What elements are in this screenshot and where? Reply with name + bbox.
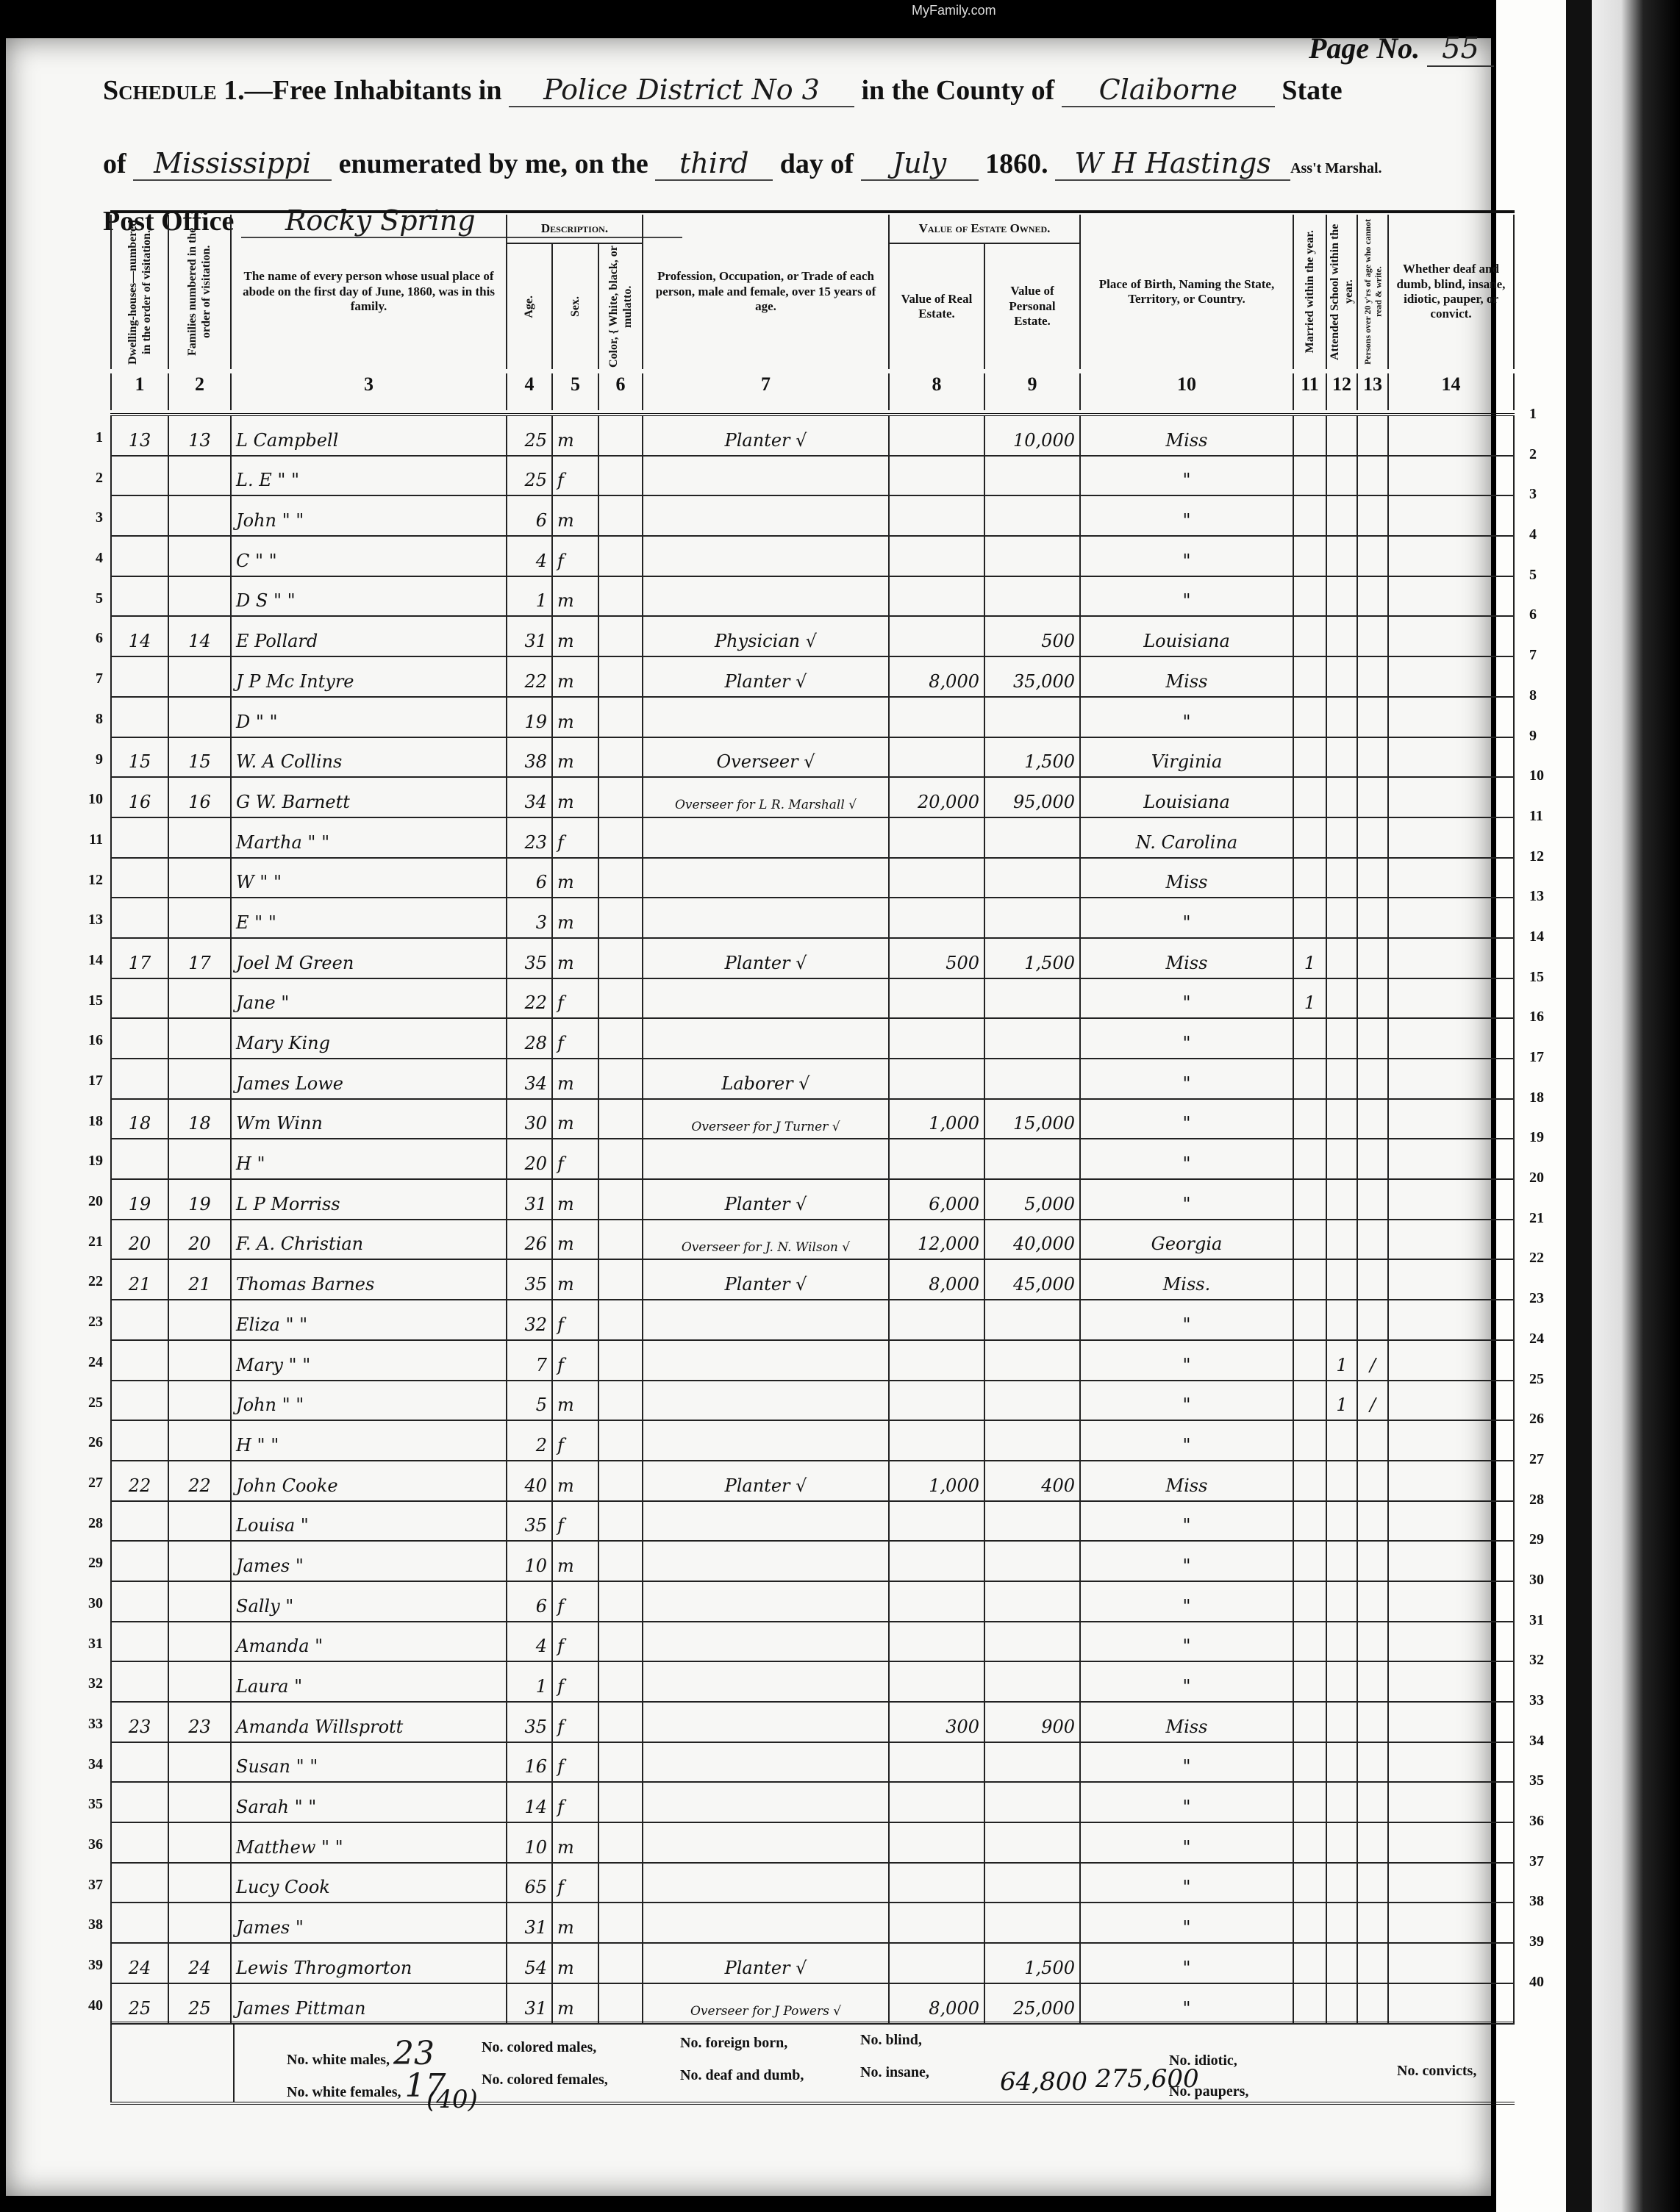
cell-birthplace: " — [1081, 1019, 1294, 1058]
real-estate-total: 64,800 — [1000, 2067, 1087, 2097]
cell-name: W. A Collins — [232, 738, 507, 777]
cell-name: W " " — [232, 859, 507, 898]
cell-sex: m — [553, 1903, 599, 1942]
cell-family — [169, 537, 232, 576]
cell-dwelling — [110, 1783, 169, 1822]
cell-real-estate: 12,000 — [890, 1220, 985, 1259]
cell-occupation — [643, 979, 890, 1018]
col-header-condition: Whether deaf and dumb, blind, insane, id… — [1389, 215, 1515, 369]
right-margin-line-number: 37 — [1529, 1853, 1544, 1870]
cell-dwelling: 19 — [110, 1180, 169, 1219]
cell-condition — [1389, 778, 1515, 817]
cell-occupation: Planter √ — [643, 1461, 890, 1500]
table-row: 36Matthew " "10m"36 — [110, 1823, 1515, 1864]
cell-family: 13 — [169, 416, 232, 455]
col-header-occupation: Profession, Occupation, or Trade of each… — [643, 215, 890, 369]
cell-school — [1327, 617, 1358, 656]
cell-birthplace: " — [1081, 496, 1294, 535]
cell-real-estate — [890, 496, 985, 535]
cell-color — [599, 1502, 643, 1541]
right-margin-line-number: 8 — [1529, 687, 1537, 704]
cell-dwelling — [110, 457, 169, 495]
cell-age: 7 — [507, 1341, 553, 1380]
cell-sex: f — [553, 1864, 599, 1903]
right-margin-line-number: 35 — [1529, 1772, 1544, 1789]
cell-dwelling — [110, 1139, 169, 1178]
cell-dwelling — [110, 1059, 169, 1098]
cell-sex: m — [553, 1461, 599, 1500]
cell-occupation — [643, 1139, 890, 1178]
cell-sex: m — [553, 738, 599, 777]
cell-school — [1327, 1139, 1358, 1178]
cell-personal-estate — [985, 1421, 1081, 1460]
line-number: 9 — [81, 751, 103, 768]
cell-family: 21 — [169, 1260, 232, 1299]
cell-birthplace: " — [1081, 1622, 1294, 1661]
cell-condition — [1389, 1300, 1515, 1339]
cell-married — [1294, 1662, 1327, 1701]
col-header-real-estate: Value of Real Estate. — [890, 244, 985, 369]
cell-dwelling — [110, 1542, 169, 1581]
cell-personal-estate: 500 — [985, 617, 1081, 656]
cell-occupation: Planter √ — [643, 1180, 890, 1219]
table-row: 11Martha " "23fN. Carolina11 — [110, 818, 1515, 859]
cell-school — [1327, 577, 1358, 616]
cell-dwelling — [110, 1502, 169, 1541]
cell-occupation — [643, 537, 890, 576]
cell-married — [1294, 818, 1327, 857]
cell-family — [169, 859, 232, 898]
cell-illiterate: / — [1358, 1341, 1389, 1380]
cell-name: L P Morriss — [232, 1180, 507, 1219]
cell-illiterate — [1358, 416, 1389, 455]
cell-married — [1294, 1461, 1327, 1500]
right-margin-line-number: 18 — [1529, 1089, 1544, 1106]
cell-personal-estate — [985, 1300, 1081, 1339]
cell-birthplace: " — [1081, 1059, 1294, 1098]
cell-birthplace: Louisiana — [1081, 617, 1294, 656]
cell-school — [1327, 416, 1358, 455]
cell-color — [599, 1260, 643, 1299]
cell-occupation: Overseer for L R. Marshall √ — [643, 778, 890, 817]
cell-real-estate — [890, 1059, 985, 1098]
cell-family — [169, 1542, 232, 1581]
cell-condition — [1389, 939, 1515, 978]
cell-color — [599, 1903, 643, 1942]
cell-condition — [1389, 1582, 1515, 1621]
cell-school — [1327, 1180, 1358, 1219]
cell-age: 6 — [507, 859, 553, 898]
cell-name: Joel M Green — [232, 939, 507, 978]
table-row: 25John " "5m"1/25 — [110, 1381, 1515, 1422]
cell-sex: m — [553, 939, 599, 978]
cell-real-estate — [890, 818, 985, 857]
line-number: 33 — [81, 1716, 103, 1733]
cell-occupation: Planter √ — [643, 939, 890, 978]
cell-age: 2 — [507, 1421, 553, 1460]
cell-occupation: Overseer for J Turner √ — [643, 1100, 890, 1139]
col-num-11: 11 — [1294, 373, 1327, 410]
line-number: 21 — [81, 1234, 103, 1250]
cell-married — [1294, 1180, 1327, 1219]
cell-sex: f — [553, 1662, 599, 1701]
idiotic-label: No. idiotic, — [1169, 2052, 1237, 2069]
cell-name: Lucy Cook — [232, 1864, 507, 1903]
cell-illiterate — [1358, 1180, 1389, 1219]
cell-illiterate — [1358, 898, 1389, 937]
right-margin-line-number: 39 — [1529, 1933, 1544, 1950]
cell-age: 31 — [507, 1903, 553, 1942]
line-number: 30 — [81, 1595, 103, 1612]
cell-sex: f — [553, 1783, 599, 1822]
cell-personal-estate — [985, 496, 1081, 535]
cell-birthplace: " — [1081, 1864, 1294, 1903]
cell-occupation: Physician √ — [643, 617, 890, 656]
right-margin-line-number: 6 — [1529, 606, 1537, 623]
cell-school — [1327, 1260, 1358, 1299]
right-margin-line-number: 26 — [1529, 1411, 1544, 1428]
cell-personal-estate — [985, 1783, 1081, 1822]
cell-sex: f — [553, 979, 599, 1018]
cell-sex: f — [553, 1582, 599, 1621]
table-row: 23Eliza " "32f"23 — [110, 1300, 1515, 1341]
cell-illiterate — [1358, 1783, 1389, 1822]
cell-age: 31 — [507, 1984, 553, 2023]
cell-color — [599, 1461, 643, 1500]
cell-dwelling — [110, 1381, 169, 1420]
cell-color — [599, 1139, 643, 1178]
cell-color — [599, 496, 643, 535]
line-number: 23 — [81, 1314, 103, 1331]
cell-married — [1294, 1220, 1327, 1259]
district-field: Police District No 3 — [509, 74, 854, 107]
cell-dwelling — [110, 898, 169, 937]
cell-birthplace: Louisiana — [1081, 778, 1294, 817]
cell-dwelling — [110, 859, 169, 898]
cell-married — [1294, 1903, 1327, 1942]
cell-occupation — [643, 577, 890, 616]
cell-family — [169, 457, 232, 495]
cell-condition — [1389, 617, 1515, 656]
cell-name: Wm Winn — [232, 1100, 507, 1139]
right-margin-line-number: 25 — [1529, 1371, 1544, 1388]
cell-married — [1294, 1341, 1327, 1380]
cell-color — [599, 457, 643, 495]
cell-married — [1294, 1139, 1327, 1178]
cell-name: James " — [232, 1542, 507, 1581]
cell-birthplace: Miss. — [1081, 1260, 1294, 1299]
cell-birthplace: " — [1081, 1100, 1294, 1139]
cell-married — [1294, 1542, 1327, 1581]
cell-color — [599, 1220, 643, 1259]
cell-real-estate — [890, 1582, 985, 1621]
cell-occupation — [643, 1703, 890, 1742]
cell-illiterate — [1358, 738, 1389, 777]
watermark: MyFamily.com — [912, 3, 996, 18]
cell-sex: m — [553, 416, 599, 455]
cell-dwelling: 22 — [110, 1461, 169, 1500]
cell-name: Mary " " — [232, 1341, 507, 1380]
cell-occupation — [643, 1502, 890, 1541]
cell-condition — [1389, 698, 1515, 737]
cell-condition — [1389, 657, 1515, 696]
header-line-1: Schedule 1.—Free Inhabitants in Police D… — [103, 74, 1343, 107]
cell-married — [1294, 1502, 1327, 1541]
cell-name: Mary King — [232, 1019, 507, 1058]
cell-color — [599, 1341, 643, 1380]
cell-married — [1294, 1019, 1327, 1058]
cell-occupation — [643, 818, 890, 857]
cell-age: 34 — [507, 1059, 553, 1098]
right-margin-line-number: 27 — [1529, 1451, 1544, 1468]
marshal-signature: W H Hastings — [1055, 147, 1290, 181]
cell-age: 25 — [507, 457, 553, 495]
cell-condition — [1389, 1260, 1515, 1299]
cell-married: 1 — [1294, 979, 1327, 1018]
table-row: 7J P Mc Intyre22mPlanter √8,00035,000Mis… — [110, 657, 1515, 698]
col-header-birthplace: Place of Birth, Naming the State, Territ… — [1081, 215, 1294, 369]
table-row: 61414E Pollard31mPhysician √500Louisiana… — [110, 617, 1515, 657]
cell-personal-estate — [985, 698, 1081, 737]
cell-condition — [1389, 1662, 1515, 1701]
page-number-value: 55 — [1427, 32, 1494, 67]
cell-personal-estate — [985, 979, 1081, 1018]
cell-name: E " " — [232, 898, 507, 937]
line-number: 19 — [81, 1153, 103, 1170]
cell-personal-estate: 40,000 — [985, 1220, 1081, 1259]
cell-condition — [1389, 537, 1515, 576]
cell-illiterate — [1358, 1100, 1389, 1139]
line-number: 15 — [81, 992, 103, 1009]
col-header-illiterate: Persons over 20 y'rs of age who cannot r… — [1358, 215, 1389, 369]
cell-real-estate — [890, 1300, 985, 1339]
cell-illiterate — [1358, 1542, 1389, 1581]
line-number: 31 — [81, 1636, 103, 1653]
cell-school — [1327, 1903, 1358, 1942]
cell-married — [1294, 416, 1327, 455]
cell-family — [169, 1783, 232, 1822]
cell-personal-estate — [985, 1381, 1081, 1420]
col-num-5: 5 — [553, 373, 599, 410]
cell-real-estate — [890, 1502, 985, 1541]
cell-age: 6 — [507, 496, 553, 535]
cell-school — [1327, 1823, 1358, 1862]
col-num-8: 8 — [890, 373, 985, 410]
cell-occupation: Laborer √ — [643, 1059, 890, 1098]
cell-real-estate: 300 — [890, 1703, 985, 1742]
cell-sex: f — [553, 1421, 599, 1460]
cell-married — [1294, 738, 1327, 777]
right-margin-line-number: 24 — [1529, 1331, 1544, 1347]
table-row: 16Mary King28f"16 — [110, 1019, 1515, 1059]
table-row: 30Sally "6f"30 — [110, 1582, 1515, 1622]
cell-illiterate — [1358, 537, 1389, 576]
cell-color — [599, 617, 643, 656]
cell-school: 1 — [1327, 1381, 1358, 1420]
cell-name: Sally " — [232, 1582, 507, 1621]
cell-sex: f — [553, 1622, 599, 1661]
right-margin-line-number: 34 — [1529, 1733, 1544, 1750]
cell-sex: m — [553, 1542, 599, 1581]
table-row: 28Louisa "35f"28 — [110, 1502, 1515, 1542]
cell-sex: f — [553, 1341, 599, 1380]
cell-birthplace: " — [1081, 1984, 1294, 2023]
cell-dwelling — [110, 1903, 169, 1942]
line-number: 2 — [81, 470, 103, 487]
cell-sex: f — [553, 1300, 599, 1339]
deaf-dumb-label: No. deaf and dumb, — [680, 2067, 804, 2084]
line-number: 11 — [81, 831, 103, 848]
cell-birthplace: Miss — [1081, 1703, 1294, 1742]
cell-real-estate — [890, 1823, 985, 1862]
cell-color — [599, 1542, 643, 1581]
cell-school: 1 — [1327, 1341, 1358, 1380]
cell-age: 22 — [507, 979, 553, 1018]
cell-personal-estate: 35,000 — [985, 657, 1081, 696]
cell-family — [169, 1059, 232, 1098]
cell-family — [169, 1300, 232, 1339]
right-margin-line-number: 7 — [1529, 647, 1537, 664]
cell-age: 32 — [507, 1300, 553, 1339]
cell-color — [599, 859, 643, 898]
cell-birthplace: " — [1081, 1903, 1294, 1942]
cell-name: L. E " " — [232, 457, 507, 495]
cell-school — [1327, 1542, 1358, 1581]
cell-sex: m — [553, 1260, 599, 1299]
cell-school — [1327, 1502, 1358, 1541]
cell-condition — [1389, 1743, 1515, 1782]
adjacent-page-edge — [1496, 0, 1680, 2212]
cell-color — [599, 657, 643, 696]
cell-occupation — [643, 859, 890, 898]
cell-sex: m — [553, 657, 599, 696]
cell-dwelling — [110, 1341, 169, 1380]
cell-sex: m — [553, 698, 599, 737]
cell-condition — [1389, 457, 1515, 495]
cell-married — [1294, 657, 1327, 696]
cell-family: 22 — [169, 1461, 232, 1500]
cell-birthplace: Miss — [1081, 657, 1294, 696]
cell-name: H " — [232, 1139, 507, 1178]
cell-real-estate — [890, 1341, 985, 1380]
cell-real-estate: 8,000 — [890, 1260, 985, 1299]
table-row: 141717Joel M Green35mPlanter √5001,500Mi… — [110, 939, 1515, 979]
cell-color — [599, 939, 643, 978]
table-row: 5D S " "1m"5 — [110, 577, 1515, 618]
cell-birthplace: " — [1081, 1341, 1294, 1380]
cell-name: L Campbell — [232, 416, 507, 455]
cell-dwelling — [110, 1582, 169, 1621]
line-number: 20 — [81, 1193, 103, 1210]
table-row: 272222John Cooke40mPlanter √1,000400Miss… — [110, 1461, 1515, 1502]
cell-name: Lewis Throgmorton — [232, 1944, 507, 1983]
cell-personal-estate — [985, 1662, 1081, 1701]
cell-school — [1327, 939, 1358, 978]
col-header-married: Married within the year. — [1294, 215, 1327, 369]
cell-illiterate — [1358, 1984, 1389, 2023]
right-margin-line-number: 9 — [1529, 728, 1537, 745]
right-margin-line-number: 31 — [1529, 1612, 1544, 1629]
right-margin-line-number: 21 — [1529, 1210, 1544, 1227]
cell-dwelling: 23 — [110, 1703, 169, 1742]
cell-birthplace: " — [1081, 1300, 1294, 1339]
cell-married — [1294, 898, 1327, 937]
right-margin-line-number: 13 — [1529, 888, 1544, 905]
cell-real-estate — [890, 859, 985, 898]
cell-age: 38 — [507, 738, 553, 777]
cell-color — [599, 1582, 643, 1621]
foreign-born-label: No. foreign born, — [680, 2035, 787, 2052]
line-number: 22 — [81, 1273, 103, 1290]
cell-personal-estate: 15,000 — [985, 1100, 1081, 1139]
cell-school — [1327, 1864, 1358, 1903]
right-margin-line-number: 33 — [1529, 1692, 1544, 1709]
table-row: 222121Thomas Barnes35mPlanter √8,00045,0… — [110, 1260, 1515, 1300]
right-margin-line-number: 36 — [1529, 1813, 1544, 1830]
cell-birthplace: " — [1081, 898, 1294, 937]
col-num-10: 10 — [1081, 373, 1294, 410]
cell-age: 6 — [507, 1582, 553, 1621]
cell-occupation — [643, 1662, 890, 1701]
cell-dwelling: 13 — [110, 416, 169, 455]
cell-condition — [1389, 859, 1515, 898]
month-field: July — [861, 147, 979, 181]
cell-condition — [1389, 1703, 1515, 1742]
right-margin-line-number: 30 — [1529, 1572, 1544, 1589]
cell-dwelling: 17 — [110, 939, 169, 978]
col-num-9: 9 — [985, 373, 1081, 410]
cell-school — [1327, 1944, 1358, 1983]
cell-illiterate — [1358, 1582, 1389, 1621]
cell-name: D S " " — [232, 577, 507, 616]
cell-dwelling: 25 — [110, 1984, 169, 2023]
cell-school — [1327, 1703, 1358, 1742]
cell-personal-estate — [985, 1823, 1081, 1862]
cell-illiterate — [1358, 1743, 1389, 1782]
cell-family — [169, 1622, 232, 1661]
cell-name: Matthew " " — [232, 1823, 507, 1862]
cell-personal-estate — [985, 537, 1081, 576]
cell-real-estate — [890, 577, 985, 616]
table-row: 13E " "3m"13 — [110, 898, 1515, 939]
cell-sex: m — [553, 1100, 599, 1139]
cell-birthplace: Georgia — [1081, 1220, 1294, 1259]
cell-illiterate — [1358, 778, 1389, 817]
line-number: 4 — [81, 550, 103, 567]
cell-sex: m — [553, 1823, 599, 1862]
cell-condition — [1389, 1019, 1515, 1058]
cell-illiterate — [1358, 1139, 1389, 1178]
line-number: 32 — [81, 1675, 103, 1692]
cell-real-estate — [890, 1019, 985, 1058]
line-number: 25 — [81, 1395, 103, 1411]
cell-illiterate — [1358, 1622, 1389, 1661]
cell-school — [1327, 1220, 1358, 1259]
cell-family — [169, 1823, 232, 1862]
cell-school — [1327, 979, 1358, 1018]
cell-school — [1327, 698, 1358, 737]
table-row: 29James "10m"29 — [110, 1542, 1515, 1582]
cell-school — [1327, 1100, 1358, 1139]
cell-occupation — [643, 1864, 890, 1903]
line-number: 28 — [81, 1515, 103, 1532]
cell-real-estate — [890, 416, 985, 455]
cell-condition — [1389, 1984, 1515, 2023]
cell-sex: m — [553, 496, 599, 535]
cell-personal-estate: 25,000 — [985, 1984, 1081, 2023]
cell-married — [1294, 457, 1327, 495]
table-row: 15Jane "22f"115 — [110, 979, 1515, 1020]
